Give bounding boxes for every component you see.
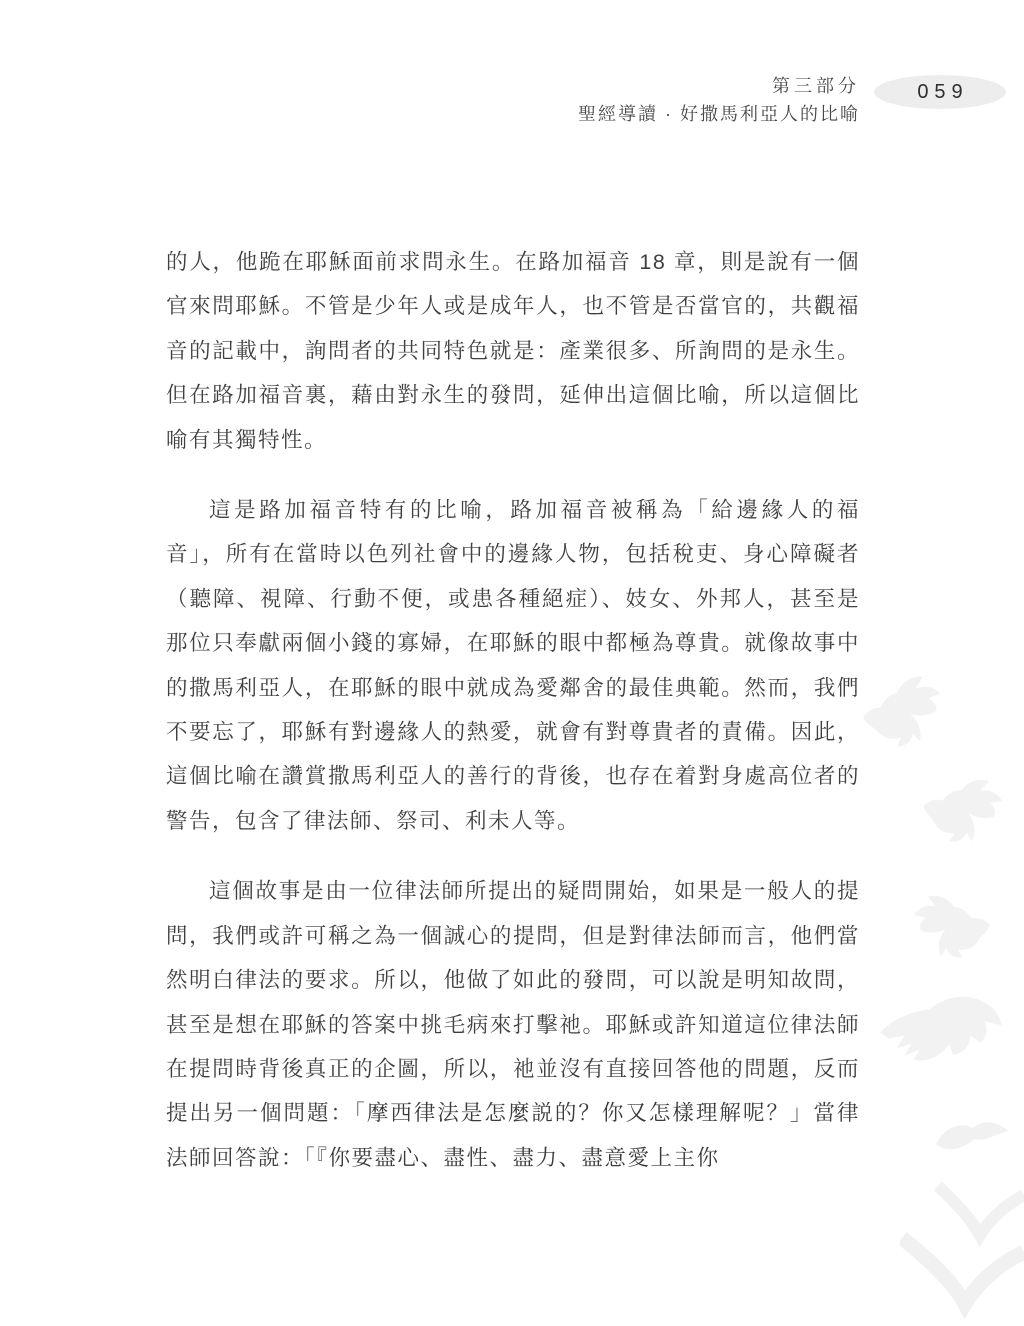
paragraph: 的人，他跪在耶穌面前求問永生。在路加福音 18 章，則是說有一個官來問耶穌。不管… [166, 240, 860, 462]
body-run: 這是路加福音特有的比喻，路加福音被稱為「給邊緣人的福音」，所有在當時以色列社會中… [166, 498, 860, 833]
page-number-badge: 059 [874, 75, 1006, 109]
body-text: 的人，他跪在耶穌面前求問永生。在路加福音 18 章，則是說有一個官來問耶穌。不管… [166, 240, 860, 1206]
body-run: 的人，他跪在耶穌面前求問永生。在路加福音 18 章，則是說有一個官來問耶穌。不管… [166, 250, 860, 452]
page-header: 第三部分 聖經導讀 · 好撒馬利亞人的比喻 [578, 72, 860, 128]
part-label: 第三部分 [578, 72, 860, 100]
chapter-subtitle: 聖經導讀 · 好撒馬利亞人的比喻 [578, 100, 860, 128]
dove-watermark-icon [901, 888, 993, 964]
body-run: 這個故事是由一位律法師所提出的疑問開始，如果是一般人的提問，我們或許可稱之為一個… [166, 879, 860, 1125]
dove-watermark-icon [874, 992, 1016, 1078]
dove-watermark-icon [858, 672, 958, 750]
page-number: 059 [911, 81, 968, 104]
quoted-scripture: 摩西律法是怎麼説的？你又怎樣理解呢？ [367, 1101, 790, 1125]
book-page: 第三部分 聖經導讀 · 好撒馬利亞人的比喻 059 的人，他跪在耶穌面前求問永生… [0, 0, 1024, 1326]
open-book-logo-icon [900, 1118, 1024, 1324]
paragraph: 這是路加福音特有的比喻，路加福音被稱為「給邊緣人的福音」，所有在當時以色列社會中… [166, 488, 860, 843]
dove-watermark-icon [920, 764, 1015, 856]
paragraph: 這個故事是由一位律法師所提出的疑問開始，如果是一般人的提問，我們或許可稱之為一個… [166, 869, 860, 1180]
quoted-scripture: 你要盡心、盡性、盡力、盡意愛上主你 [329, 1146, 720, 1170]
